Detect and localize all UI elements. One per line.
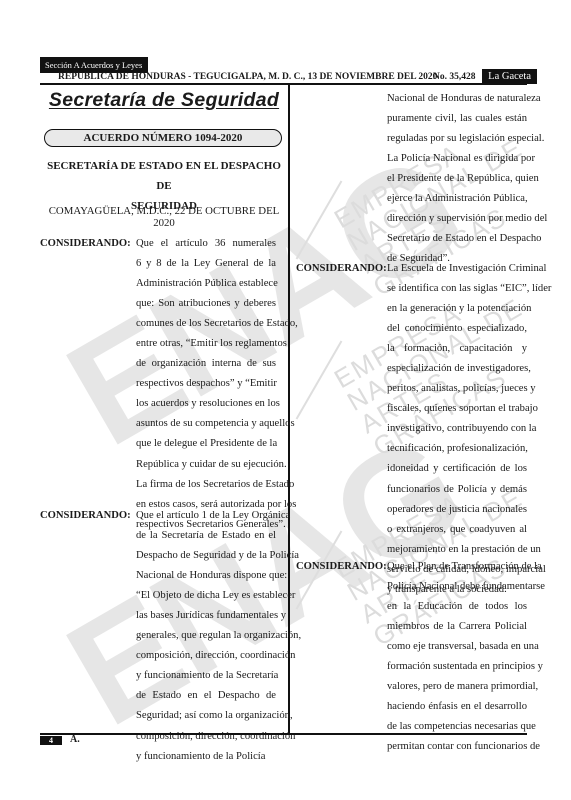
header-title: REPÚBLICA DE HONDURAS - TEGUCIGALPA, M. … bbox=[58, 71, 437, 83]
text-line: La Policía Nacional es dirigida por bbox=[387, 149, 527, 169]
text-line: de la Secretaría de Estado en el bbox=[136, 526, 276, 546]
text-line: la formación, capacitación y bbox=[387, 339, 527, 359]
text-line: fiscales, quienes soportan el trabajo bbox=[387, 399, 527, 419]
text-line: “El Objeto de dicha Ley es establecer bbox=[136, 586, 276, 606]
text-line: composición, dirección, coordinación bbox=[136, 727, 276, 747]
text-line: Seguridad; así como la organización, bbox=[136, 706, 276, 726]
text-line: reguladas por su legislación especial. bbox=[387, 129, 527, 149]
text-line: que: Son atribuciones y deberes bbox=[136, 294, 276, 314]
text-line: tecnificación, profesionalización, bbox=[387, 439, 527, 459]
text-line: generales, que regulan la organización, bbox=[136, 626, 276, 646]
text-line: los acuerdos y resoluciones en los bbox=[136, 394, 276, 414]
text-line: comunes de los Secretarios de Estado, bbox=[136, 314, 276, 334]
text-line: Que el artículo 1 de la Ley Orgánica bbox=[136, 506, 276, 526]
watermark-divider bbox=[296, 181, 343, 260]
considerando-body: La Escuela de Investigación Criminalse i… bbox=[387, 259, 527, 600]
text-line: especialización de investigadores, bbox=[387, 359, 527, 379]
text-line: puramente civil, las cuales están bbox=[387, 109, 527, 129]
text-line: respectivos despachos” y “Emitir bbox=[136, 374, 276, 394]
gazette-brand: La Gaceta bbox=[482, 69, 537, 84]
page-number: 4 bbox=[40, 736, 62, 745]
text-line: dirección y supervisión por medio del bbox=[387, 209, 527, 229]
considerando-body: Que el artículo 1 de la Ley Orgánicade l… bbox=[136, 506, 276, 767]
text-line: en la generación y la potenciación bbox=[387, 299, 527, 319]
text-line: valores, pero de manera primordial, bbox=[387, 677, 527, 697]
text-line: entre otras, “Emitir los reglamentos bbox=[136, 334, 276, 354]
text-line: haciendo énfasis en el desarrollo bbox=[387, 697, 527, 717]
text-line: Policía Nacional debe fundamentarse bbox=[387, 577, 527, 597]
text-line: asuntos de su competencia y aquellos bbox=[136, 414, 276, 434]
text-line: Administración Pública establece bbox=[136, 274, 276, 294]
text-line: se identifica con las siglas “EIC”, líde… bbox=[387, 279, 527, 299]
text-line: en la Educación de todos los bbox=[387, 597, 527, 617]
watermark-divider bbox=[296, 341, 343, 420]
issue-number: No. 35,428 bbox=[433, 71, 476, 83]
text-line: como eje transversal, basada en una bbox=[387, 637, 527, 657]
text-line: miembros de la Carrera Policial bbox=[387, 617, 527, 637]
considerando-label: CONSIDERANDO: bbox=[40, 506, 131, 526]
text-line: o extranjeros, que coadyuven al bbox=[387, 520, 527, 540]
text-line: Que el Plan de Transformación de la bbox=[387, 557, 527, 577]
text-line: Nacional de Honduras de naturaleza bbox=[387, 89, 527, 109]
text-line: República y cuidar de su ejecución. bbox=[136, 455, 276, 475]
text-line: permitan contar con funcionarios de bbox=[387, 737, 527, 757]
considerando-label: CONSIDERANDO: bbox=[296, 259, 387, 279]
text-line: las bases Jurídicas fundamentales y bbox=[136, 606, 276, 626]
text-line: Despacho de Seguridad y de la Policía bbox=[136, 546, 276, 566]
text-line: formación sustentada en principios y bbox=[387, 657, 527, 677]
considerando-body: Que el Plan de Transformación de laPolic… bbox=[387, 557, 527, 757]
text-line: La firma de los Secretarios de Estado bbox=[136, 475, 276, 495]
considerando-label: CONSIDERANDO: bbox=[40, 234, 131, 254]
text-line: del conocimiento especializado, bbox=[387, 319, 527, 339]
text-line: peritos, analistas, policías, jueces y bbox=[387, 379, 527, 399]
text-line: idoneidad y certificación de los bbox=[387, 459, 527, 479]
considerando-label: CONSIDERANDO: bbox=[296, 557, 387, 577]
section-letter: A. bbox=[70, 734, 80, 745]
place-date: COMAYAGÜELA, M.D.C., 22 DE OCTUBRE DEL 2… bbox=[40, 205, 288, 229]
text-line: funcionarios de Policía y demás bbox=[387, 480, 527, 500]
considerando-body: Que el artículo 36 numerales6 y 8 de la … bbox=[136, 234, 276, 535]
text-line: 6 y 8 de la Ley General de la bbox=[136, 254, 276, 274]
text-line: que le delegue el Presidente de la bbox=[136, 434, 276, 454]
text-line: el Presidente de la República, quien bbox=[387, 169, 527, 189]
text-line: y funcionamiento de la Policía bbox=[136, 747, 276, 767]
gazette-header: REPÚBLICA DE HONDURAS - TEGUCIGALPA, M. … bbox=[40, 71, 527, 85]
text-line: La Escuela de Investigación Criminal bbox=[387, 259, 527, 279]
text-line: Secretario de Estado en el Despacho bbox=[387, 229, 527, 249]
text-line: composición, dirección, coordinación bbox=[136, 646, 276, 666]
text-line: de organización interna de sus bbox=[136, 354, 276, 374]
text-line: Que el artículo 36 numerales bbox=[136, 234, 276, 254]
text-line: de Estado en el Despacho de bbox=[136, 686, 276, 706]
text-line: operadores de justicia nacionales bbox=[387, 500, 527, 520]
text-line: Nacional de Honduras dispone que: bbox=[136, 566, 276, 586]
acuerdo-number: ACUERDO NÚMERO 1094-2020 bbox=[44, 129, 282, 147]
text-line: y funcionamiento de la Secretaría bbox=[136, 666, 276, 686]
footer-rule bbox=[40, 733, 527, 735]
text-line: ejerce la Administración Pública, bbox=[387, 189, 527, 209]
text-line: investigativo, contribuyendo con la bbox=[387, 419, 527, 439]
continuation-text: Nacional de Honduras de naturalezapurame… bbox=[387, 89, 527, 269]
ministry-title: Secretaría de Seguridad bbox=[40, 89, 288, 112]
